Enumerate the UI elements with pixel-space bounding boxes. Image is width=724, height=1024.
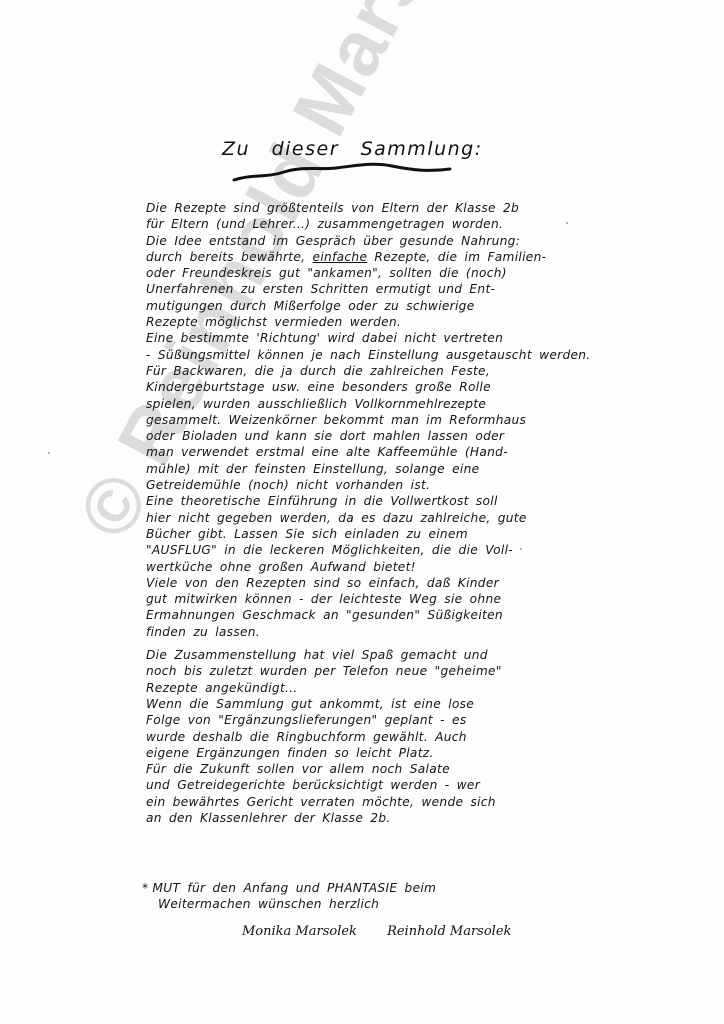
text-line: wertküche ohne großen Aufwand bietet! xyxy=(146,559,606,575)
paragraph-gap xyxy=(146,640,606,647)
introduction-text: Die Rezepte sind größtenteils von Eltern… xyxy=(146,200,606,826)
scan-speck xyxy=(48,452,50,454)
underlined-word: einfache xyxy=(313,250,368,264)
text-line: ein bewährtes Gericht verraten möchte, w… xyxy=(146,794,606,810)
text-line: wurde deshalb die Ringbuchform gewählt. … xyxy=(146,729,606,745)
signature-1: Monika Marsolek xyxy=(242,924,357,939)
text-line: Wenn die Sammlung gut ankommt, ist eine … xyxy=(146,696,606,712)
text-line: finden zu lassen. xyxy=(146,624,606,640)
text-line: oder Freundeskreis gut "ankamen", sollte… xyxy=(146,265,606,281)
text-line: man verwendet erstmal eine alte Kaffeemü… xyxy=(146,444,606,460)
text-line: mutigungen durch Mißerfolge oder zu schw… xyxy=(146,298,606,314)
signature-2: Reinhold Marsolek xyxy=(387,924,511,939)
text-line: Ermahnungen Geschmack an "gesunden" Süßi… xyxy=(146,607,606,623)
wavy-underline-decoration xyxy=(232,160,452,184)
text-line: Kindergeburtstage usw. eine besonders gr… xyxy=(146,379,606,395)
signatures: Monika Marsolek Reinhold Marsolek xyxy=(242,924,537,939)
text-line: oder Bioladen und kann sie dort mahlen l… xyxy=(146,428,606,444)
text-line: Die Idee entstand im Gespräch über gesun… xyxy=(146,233,606,249)
text-line: für Eltern (und Lehrer...) zusammengetra… xyxy=(146,216,606,232)
scanned-page: © Reinhold Marsolek Zu dieser Sammlung: … xyxy=(0,0,724,1024)
text-line: mühle) mit der feinsten Einstellung, sol… xyxy=(146,461,606,477)
text-line: Rezepte möglichst vermieden werden. xyxy=(146,314,606,330)
text-line: Bücher gibt. Lassen Sie sich einladen zu… xyxy=(146,526,606,542)
closing-line-2: Weitermachen wünschen herzlich xyxy=(142,896,612,912)
asterisk-icon: * xyxy=(142,881,148,895)
text-line: hier nicht gegeben werden, da es dazu za… xyxy=(146,510,606,526)
text-line: gut mitwirken können - der leichteste We… xyxy=(146,591,606,607)
text-line: gesammelt. Weizenkörner bekommt man im R… xyxy=(146,412,606,428)
text-line: - Süßungsmittel können je nach Einstellu… xyxy=(146,347,606,363)
text-line: Folge von "Ergänzungslieferungen" geplan… xyxy=(146,712,606,728)
closing-line-1: MUT für den Anfang und PHANTASIE beim xyxy=(152,881,436,895)
text-line: eigene Ergänzungen finden so leicht Plat… xyxy=(146,745,606,761)
text-line: durch bereits bewährte, einfache Rezepte… xyxy=(146,249,606,265)
text-line: Eine bestimmte 'Richtung' wird dabei nic… xyxy=(146,330,606,346)
text-line: Die Zusammenstellung hat viel Spaß gemac… xyxy=(146,647,606,663)
text-line: Die Rezepte sind größtenteils von Eltern… xyxy=(146,200,606,216)
text-line: Für die Zukunft sollen vor allem noch Sa… xyxy=(146,761,606,777)
text-line: "AUSFLUG" in die leckeren Möglichkeiten,… xyxy=(146,542,606,558)
text-line: Getreidemühle (noch) nicht vorhanden ist… xyxy=(146,477,606,493)
text-line: noch bis zuletzt wurden per Telefon neue… xyxy=(146,663,606,679)
text-line: Eine theoretische Einführung in die Voll… xyxy=(146,493,606,509)
text-line: an den Klassenlehrer der Klasse 2b. xyxy=(146,810,606,826)
text-line: und Getreidegerichte berücksichtigt werd… xyxy=(146,777,606,793)
closing-wishes: *MUT für den Anfang und PHANTASIE beim W… xyxy=(142,880,612,913)
text-line: spielen, wurden ausschließlich Vollkornm… xyxy=(146,396,606,412)
text-line: Viele von den Rezepten sind so einfach, … xyxy=(146,575,606,591)
page-title: Zu dieser Sammlung: xyxy=(222,138,483,160)
text-line: Für Backwaren, die ja durch die zahlreic… xyxy=(146,363,606,379)
text-line: Unerfahrenen zu ersten Schritten ermutig… xyxy=(146,281,606,297)
text-line: Rezepte angekündigt... xyxy=(146,680,606,696)
